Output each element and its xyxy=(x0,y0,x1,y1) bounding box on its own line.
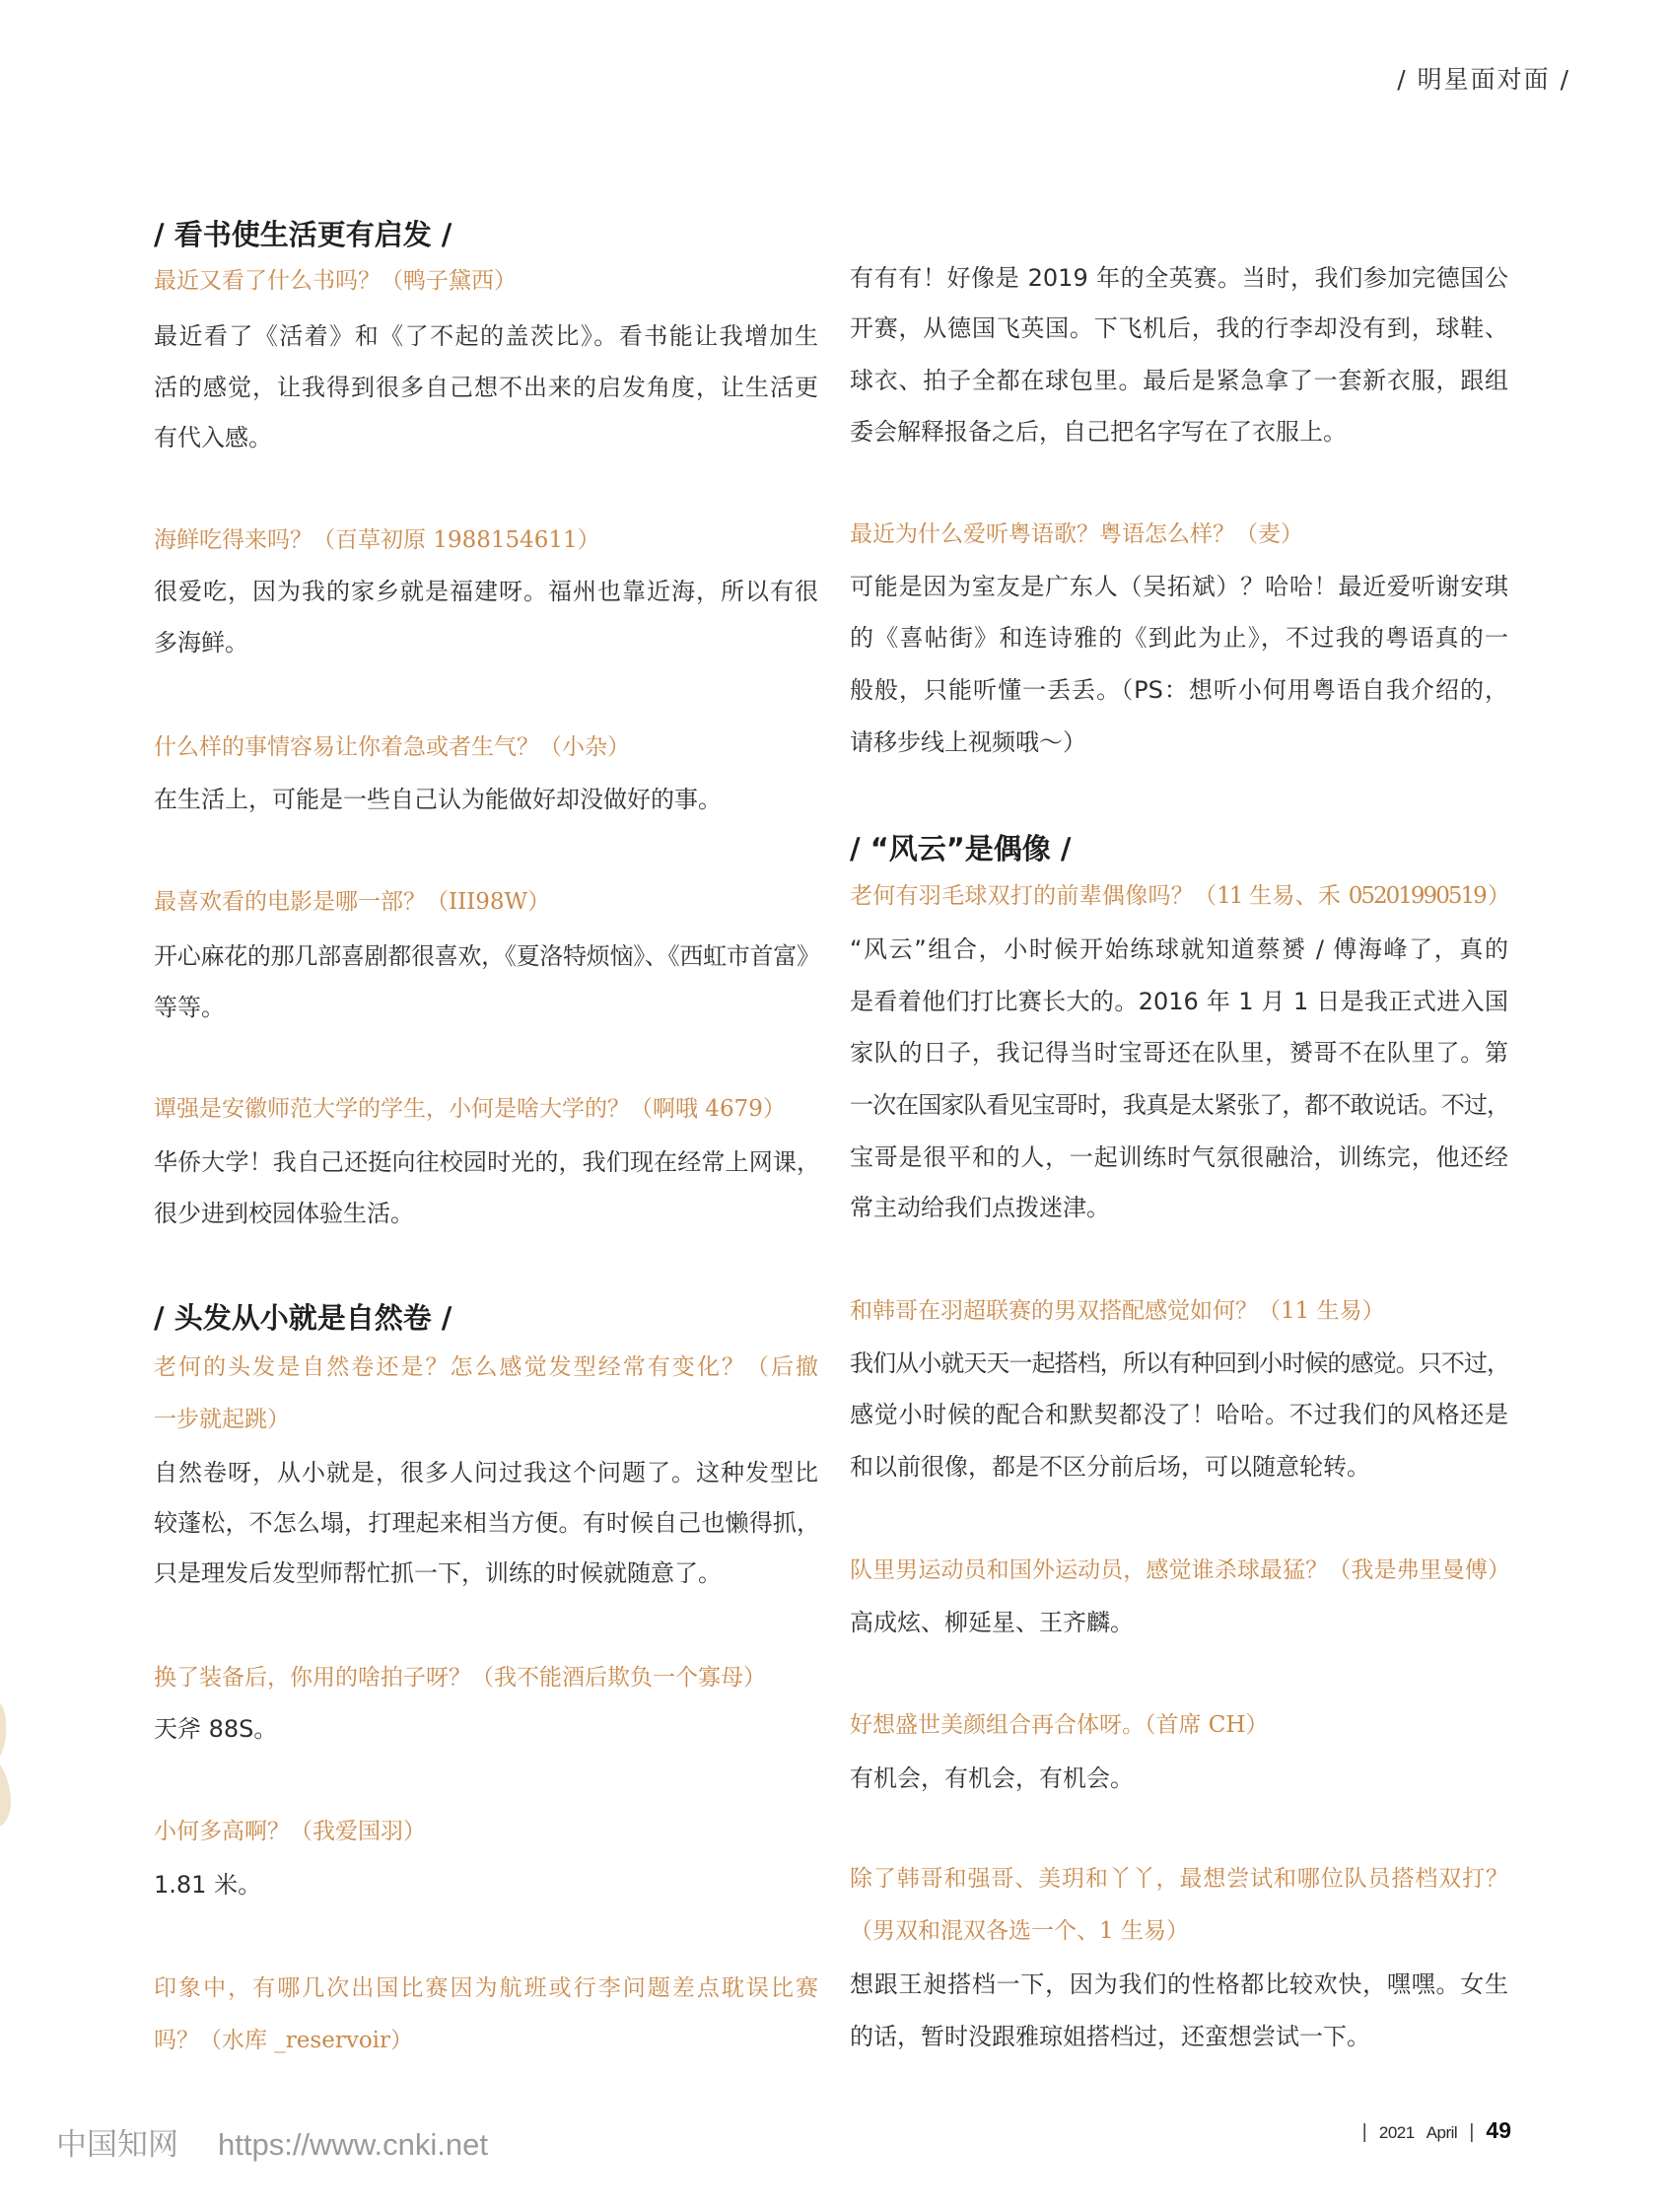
page-number: 49 xyxy=(1486,2117,1511,2144)
answer-line: 很爱吃，因为我的家乡就是福建呀。福州也靠近海，所以有很 xyxy=(154,566,818,617)
folio-year: 2021 xyxy=(1379,2123,1415,2143)
decorative-shape-icon xyxy=(0,1695,16,1833)
running-head-section-label: / 明星面对面 / xyxy=(1397,61,1570,99)
watermark-url: https://www.cnki.net xyxy=(218,2127,488,2162)
section-heading: / “风云”是偶像 / xyxy=(850,823,1508,874)
folio-separator: | xyxy=(1362,2121,1367,2144)
answer-line: 般般，只能听懂一丢丢。（PS：想听小何用粤语自我介绍的， xyxy=(850,664,1508,716)
answer-line: 有有有！好像是 2019 年的全英赛。当时，我们参加完德国公 xyxy=(850,252,1508,304)
answer-line: 和以前很像，都是不区分前后场，可以随意轮转。 xyxy=(850,1441,1508,1492)
answer-line: 的《喜帖街》和连诗雅的《到此为止》，不过我的粤语真的一 xyxy=(850,612,1508,663)
question-line: 老何有羽毛球双打的前辈偶像吗？（11 生易、禾 05201990519） xyxy=(850,870,1508,922)
answer-line: 常主动给我们点拨迷津。 xyxy=(850,1182,1508,1233)
answer-line: 很少进到校园体验生活。 xyxy=(154,1188,818,1239)
question-line: 老何的头发是自然卷还是？怎么感觉发型经常有变化？（后撤 xyxy=(154,1342,818,1393)
page-folio: | 2021 April | 49 xyxy=(1362,2117,1511,2144)
watermark-brand: 中国知网 xyxy=(56,2127,178,2163)
answer-line: “风云”组合，小时候开始练球就知道蔡赟 / 傅海峰了，真的 xyxy=(850,924,1508,975)
answer-line: 委会解释报备之后，自己把名字写在了衣服上。 xyxy=(850,406,1508,457)
answer-line: 华侨大学！我自己还挺向往校园时光的，我们现在经常上网课， xyxy=(154,1137,818,1188)
question-line: （男双和混双各选一个、1 生易） xyxy=(850,1905,1508,1957)
section-heading: / 头发从小就是自然卷 / xyxy=(154,1292,818,1344)
question-line: 最近为什么爱听粤语歌？粤语怎么样？（麦） xyxy=(850,509,1508,560)
question-line: 好想盛世美颜组合再合体呀。（首席 CH） xyxy=(850,1699,1508,1751)
answer-line: 我们从小就天天一起搭档，所以有种回到小时候的感觉。只不过， xyxy=(850,1338,1508,1389)
question-line: 和韩哥在羽超联赛的男双搭配感觉如何？（11 生易） xyxy=(850,1285,1508,1337)
answer-line: 多海鲜。 xyxy=(154,617,818,668)
question-line: 换了装备后，你用的啥拍子呀？（我不能酒后欺负一个寡母） xyxy=(154,1652,818,1703)
answer-line: 等等。 xyxy=(154,982,818,1033)
answer-line: 高成炫、柳延星、王齐麟。 xyxy=(850,1597,1508,1648)
answer-line: 较蓬松，不怎么塌，打理起来相当方便。有时候自己也懒得抓， xyxy=(154,1497,818,1549)
answer-line: 自然卷呀，从小就是，很多人问过我这个问题了。这种发型比 xyxy=(154,1447,818,1498)
answer-line: 想跟王昶搭档一下，因为我们的性格都比较欢快，嘿嘿。女生 xyxy=(850,1959,1508,2010)
answer-line: 是看着他们打比赛长大的。2016 年 1 月 1 日是我正式进入国 xyxy=(850,976,1508,1027)
question-line: 吗？（水库 _reservoir） xyxy=(154,2015,818,2066)
answer-line: 1.81 米。 xyxy=(154,1859,818,1910)
answer-line: 天斧 88S。 xyxy=(154,1703,818,1755)
answer-line: 请移步线上视频哦～） xyxy=(850,717,1508,768)
answer-line: 开赛，从德国飞英国。下飞机后，我的行李却没有到，球鞋、 xyxy=(850,303,1508,354)
question-line: 队里男运动员和国外运动员，感觉谁杀球最猛？（我是弗里曼傅） xyxy=(850,1545,1508,1596)
folio-month: April xyxy=(1426,2123,1458,2143)
answer-line: 球衣、拍子全都在球包里。最后是紧急拿了一套新衣服，跟组 xyxy=(850,355,1508,406)
answer-line: 的话，暂时没跟雅琼姐搭档过，还蛮想尝试一下。 xyxy=(850,2011,1508,2062)
answer-line: 有代入感。 xyxy=(154,412,818,463)
question-line: 除了韩哥和强哥、美玥和丫丫，最想尝试和哪位队员搭档双打？ xyxy=(850,1853,1508,1904)
answer-line: 感觉小时候的配合和默契都没了！哈哈。不过我们的风格还是 xyxy=(850,1389,1508,1440)
section-heading: / 看书使生活更有启发 / xyxy=(154,209,818,260)
cnki-watermark: 中国知网https://www.cnki.net xyxy=(56,2125,488,2165)
answer-line: 家队的日子，我记得当时宝哥还在队里，赟哥不在队里了。第 xyxy=(850,1027,1508,1078)
answer-line: 有机会，有机会，有机会。 xyxy=(850,1753,1508,1804)
folio-separator: | xyxy=(1469,2121,1474,2144)
question-line: 一步就起跳） xyxy=(154,1394,818,1445)
answer-line: 宝哥是很平和的人，一起训练时气氛很融洽，训练完，他还经 xyxy=(850,1132,1508,1183)
question-line: 印象中，有哪几次出国比赛因为航班或行李问题差点耽误比赛 xyxy=(154,1963,818,2014)
answer-line: 最近看了《活着》和《了不起的盖茨比》。看书能让我增加生 xyxy=(154,311,818,362)
question-line: 小何多高啊？（我爱国羽） xyxy=(154,1806,818,1857)
answer-line: 可能是因为室友是广东人（吴拓斌）？哈哈！最近爱听谢安琪 xyxy=(850,561,1508,612)
answer-line: 只是理发后发型师帮忙抓一下，训练的时候就随意了。 xyxy=(154,1548,818,1599)
question-line: 最喜欢看的电影是哪一部？（III98W） xyxy=(154,876,818,928)
question-line: 什么样的事情容易让你着急或者生气？（小杂） xyxy=(154,722,818,773)
answer-line: 在生活上，可能是一些自己认为能做好却没做好的事。 xyxy=(154,774,818,825)
answer-line: 一次在国家队看见宝哥时，我真是太紧张了，都不敢说话。不过， xyxy=(850,1079,1508,1131)
question-line: 谭强是安徽师范大学的学生，小何是啥大学的？（啊哦 4679） xyxy=(154,1083,818,1135)
answer-line: 活的感觉，让我得到很多自己想不出来的启发角度，让生活更 xyxy=(154,362,818,413)
answer-line: 开心麻花的那几部喜剧都很喜欢，《夏洛特烦恼》、《西虹市首富》 xyxy=(154,931,818,982)
question-line: 海鲜吃得来吗？（百草初原 1988154611） xyxy=(154,515,818,566)
question-line: 最近又看了什么书吗？（鸭子黛西） xyxy=(154,255,818,307)
